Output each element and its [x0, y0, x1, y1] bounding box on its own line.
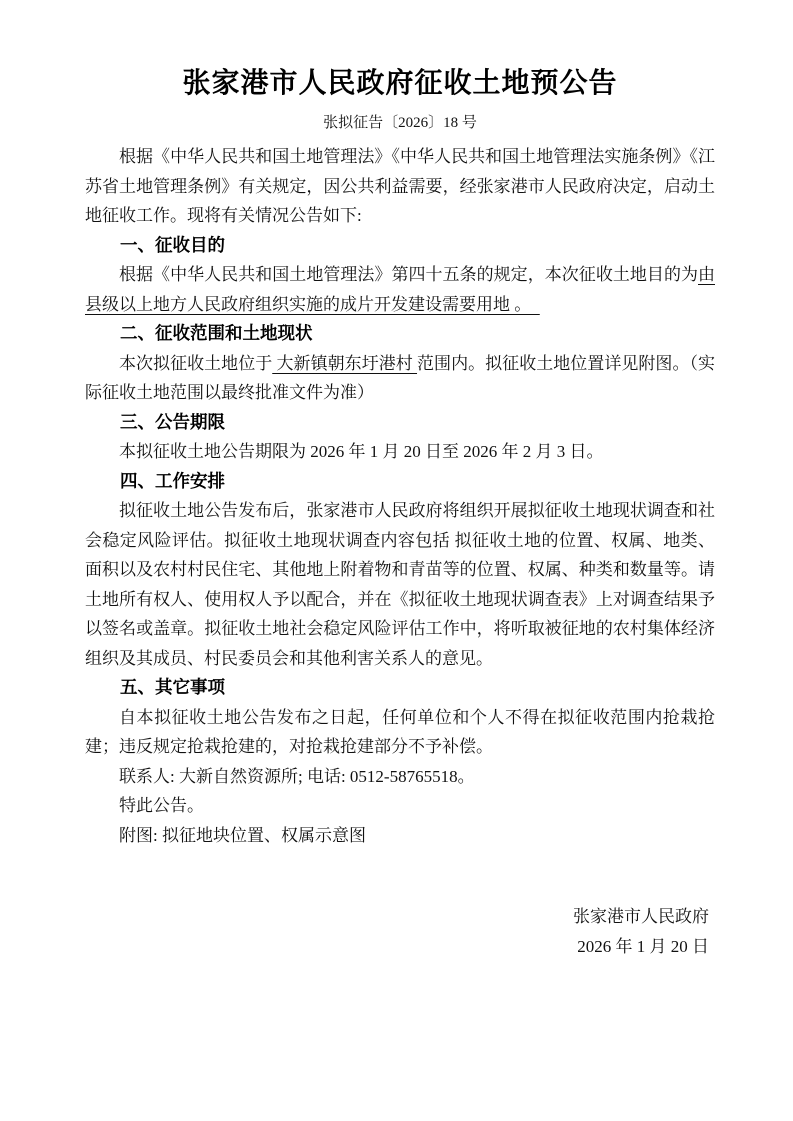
signature-block: 张家港市人民政府 2026 年 1 月 20 日	[85, 902, 715, 962]
section-4-paragraph: 拟征收土地公告发布后，张家港市人民政府将组织开展拟征收土地现状调查和社会稳定风险…	[85, 496, 715, 673]
section-5-paragraph: 自本拟征收土地公告发布之日起，任何单位和个人不得在拟征收范围内抢栽抢建；违反规定…	[85, 703, 715, 762]
doc-number: 张拟征告〔2026〕18 号	[85, 111, 715, 135]
section-3-heading: 三、公告期限	[85, 408, 715, 438]
section-1-text: 根据《中华人民共和国土地管理法》第四十五条的规定，本次征收土地目的为	[119, 265, 698, 284]
page-title: 张家港市人民政府征收土地预公告	[85, 64, 715, 102]
announcement-document: 张家港市人民政府征收土地预公告 张拟征告〔2026〕18 号 根据《中华人民共和…	[0, 0, 793, 1121]
section-2-text-pre: 本次拟征收土地位于	[119, 354, 272, 373]
intro-paragraph: 根据《中华人民共和国土地管理法》《中华人民共和国土地管理法实施条例》《江苏省土地…	[85, 142, 715, 231]
section-5-heading: 五、其它事项	[85, 673, 715, 703]
section-2-heading: 二、征收范围和土地现状	[85, 319, 715, 349]
section-2-underlined-text: 大新镇朝东圩港村	[272, 354, 417, 373]
section-3-paragraph: 本拟征收土地公告期限为 2026 年 1 月 20 日至 2026 年 2 月 …	[85, 437, 715, 467]
section-1-paragraph: 根据《中华人民共和国土地管理法》第四十五条的规定，本次征收土地目的为由县级以上地…	[85, 260, 715, 319]
closing-line: 特此公告。	[85, 791, 715, 821]
section-1-heading: 一、征收目的	[85, 231, 715, 261]
attachment-line: 附图: 拟征地块位置、权属示意图	[85, 821, 715, 851]
section-2-paragraph: 本次拟征收土地位于 大新镇朝东圩港村 范围内。拟征收土地位置详见附图。（实际征收…	[85, 349, 715, 408]
issuer-name: 张家港市人民政府	[85, 902, 709, 932]
section-4-heading: 四、工作安排	[85, 467, 715, 497]
signature-date: 2026 年 1 月 20 日	[85, 932, 709, 962]
contact-line: 联系人: 大新自然资源所; 电话: 0512-58765518。	[85, 762, 715, 792]
